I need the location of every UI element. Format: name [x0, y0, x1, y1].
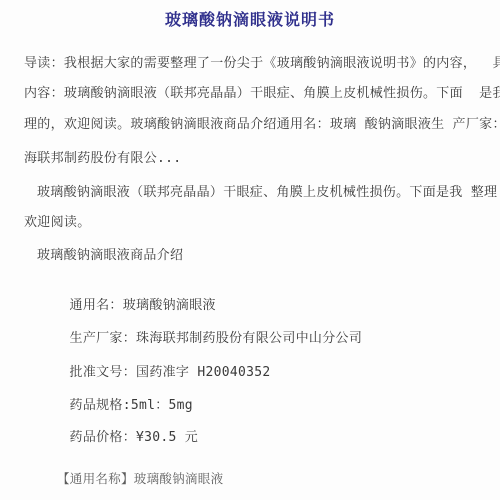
- summary-line-1: 玻璃酸钠滴眼液（联邦亮晶晶）干眼症、角膜上皮机械性损伤。下面是我 整理 的，: [37, 185, 500, 201]
- document-title: 玻璃酸钠滴眼液说明书: [0, 7, 500, 30]
- document-page: 玻璃酸钠滴眼液说明书 导读：我根据大家的需要整理了一份尖于《玻璃酸钠滴眼液说明书…: [0, 0, 500, 500]
- summary-line-2: 欢迎阅读。: [24, 215, 91, 231]
- field-value: 玻璃酸钠滴眼液: [123, 298, 216, 313]
- field-label: 通用名：: [70, 298, 123, 313]
- intro-line-2: 内容：玻璃酸钠滴眼液（联邦亮晶晶）干眼症、角膜上皮机械性损伤。下面 是我整: [24, 86, 500, 102]
- section-title-product-intro: 玻璃酸钠滴眼液商品介绍: [37, 248, 183, 264]
- field-label: 批准文号：: [70, 365, 137, 380]
- field-value: ¥30.5 元: [136, 430, 198, 445]
- field-price: 药品价格：¥30.5 元: [37, 414, 198, 462]
- field-value: 珠海联邦制药股份有限公司中山分公司: [136, 331, 362, 346]
- field-label: 药品价格：: [70, 430, 137, 445]
- intro-line-4: 海联邦制药股份有限公...: [24, 151, 181, 167]
- footer-generic-name: 【通用名称】玻璃酸钠滴眼液: [57, 471, 223, 487]
- field-label: 生产厂家：: [70, 331, 137, 346]
- field-value: 5ml：5mg: [131, 398, 193, 413]
- field-label: 药品规格:: [70, 398, 131, 413]
- intro-line-1: 导读：我根据大家的需要整理了一份尖于《玻璃酸钠滴眼液说明书》的内容， 具体: [24, 56, 500, 72]
- intro-line-3: 理的，欢迎阅读。玻璃酸钠滴眼液商品介绍通用名：玻璃 酸钠滴眼液生 产厂家：珠: [24, 117, 500, 133]
- field-value: 国药准字 H20040352: [136, 365, 270, 380]
